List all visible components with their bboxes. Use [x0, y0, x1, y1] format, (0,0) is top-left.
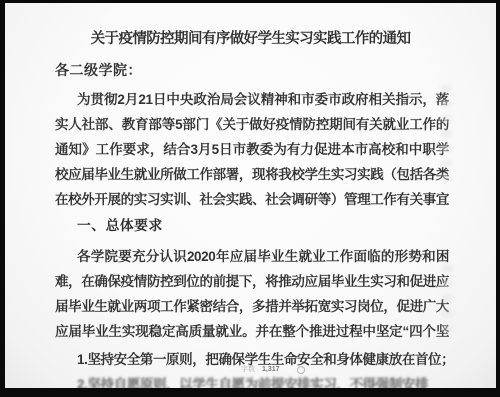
- word-count-label: 字数: [241, 366, 255, 374]
- principle-item-2-partial: 2.坚持自愿原则，以学生自愿为前提安排实习，不得强制安排: [55, 372, 465, 388]
- section-heading: 一、总体要求: [55, 213, 449, 238]
- word-count-badge: 字数 1,317: [241, 366, 305, 374]
- photo-frame: 关于疫情防控期间有序做好学生实习实践工作的通知 各二级学院： 为贯彻2月21日中…: [0, 0, 500, 397]
- paragraph-intro: 为贯彻2月21日中央政治局会议精神和市委市政府相关指示，落实人社部、教育部等5部…: [55, 87, 449, 213]
- document-page: 关于疫情防控期间有序做好学生实习实践工作的通知 各二级学院： 为贯彻2月21日中…: [5, 3, 496, 388]
- salutation: 各二级学院：: [55, 60, 142, 80]
- ink-bleed-smudge: [442, 265, 453, 337]
- ink-bleed-smudge: [441, 85, 452, 181]
- circle-icon: [297, 366, 305, 374]
- word-count-value: 1,317: [262, 366, 280, 374]
- paragraph-overall-requirements: 各学院要充分认识2020年应届毕业生就业工作面临的形势和困难，在确保疫情防控到位…: [55, 244, 449, 345]
- notice-title: 关于疫情防控期间有序做好学生实习实践工作的通知: [5, 27, 496, 48]
